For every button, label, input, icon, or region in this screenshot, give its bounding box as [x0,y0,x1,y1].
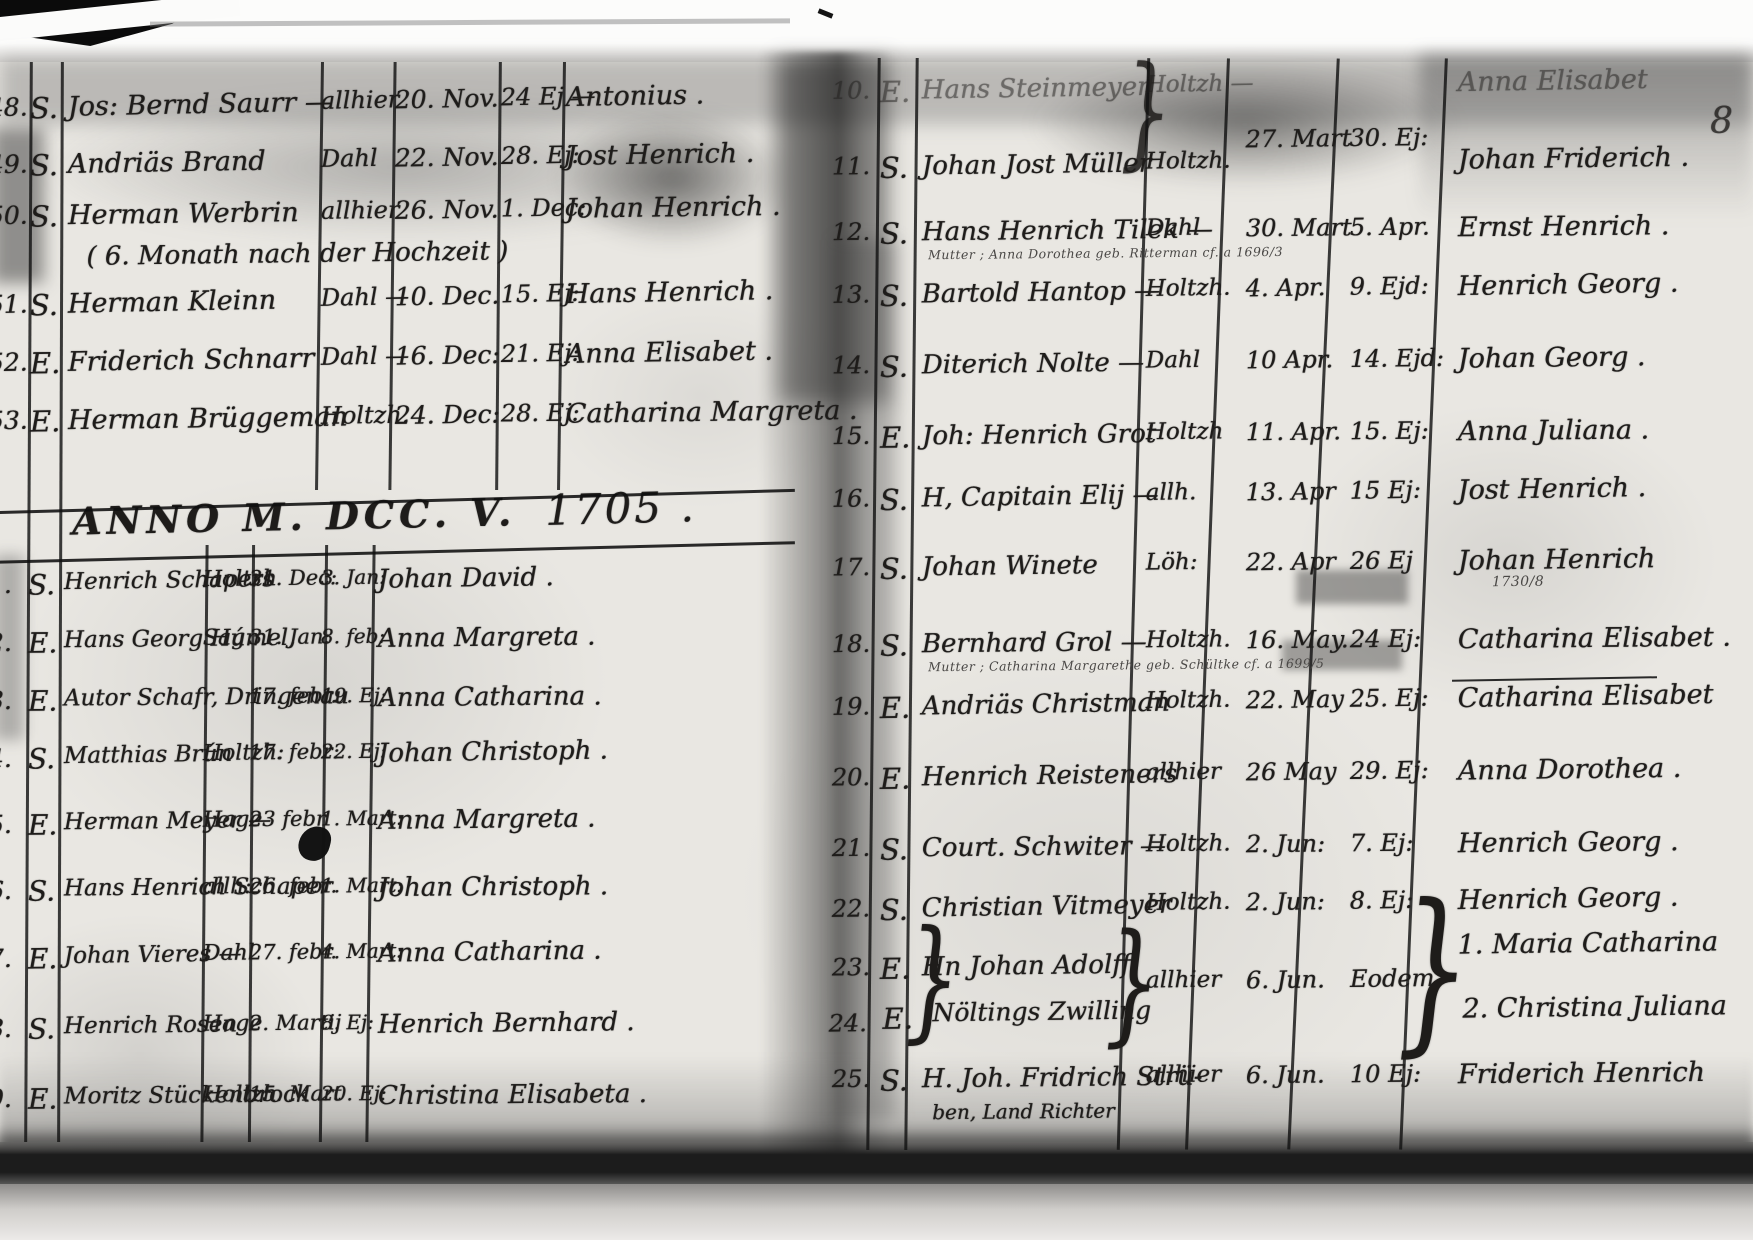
child-name: Catharina Elisabet . [1458,624,1731,654]
father-name: Diterich Nolte — [922,350,1144,379]
birth-date: 22. May [1245,687,1344,713]
residence: Holtzh — [1145,72,1253,97]
residence: Dahl [1146,217,1201,241]
curly-brace: } [1103,930,1160,1036]
entry-number: 17. [832,555,870,579]
baptism-date: 15. Ej: [1350,419,1429,444]
entry-type-letter: S. [880,154,908,183]
father-name-line2: ben, Land Richter [932,1100,1115,1122]
child-name: Henrich Georg . [1457,884,1678,914]
birth-date: 16. May. [1246,627,1349,652]
entry-number: 23. [832,955,870,979]
baptism-date: 7. Ej: [1350,831,1414,856]
child-name: Anna Juliana . [1458,416,1649,445]
entry-note: 1730/8 [1492,575,1544,590]
entry-note: Mutter ; Catharina Margarethe geb. Schül… [928,658,1325,674]
entry-type-letter: S. [880,835,908,864]
baptism-date: 5. Apr. [1350,215,1430,240]
entry-type-letter: E. [879,78,910,107]
baptism-date: 8. Ej: [321,1012,374,1033]
curly-brace: } [1395,898,1472,1041]
entry-number: 13. [831,282,870,307]
father-name: Court. Schwiter — [922,833,1166,861]
entry-number: 18. [832,632,870,656]
father-name: Bernhard Grol — [922,629,1147,657]
baptism-date: 26 Ej [1350,548,1413,573]
entry-type-letter: S. [879,486,908,515]
entry-number: 10. [831,78,870,103]
scanner-strip-top [0,0,1753,62]
baptism-date: 14. Ejd: [1350,346,1445,371]
birth-date: 6. Jun. [1246,967,1325,992]
entry-number: 14. [832,353,870,377]
birth-date: 6. Jun. [1246,1063,1325,1088]
child-name: Jost Henrich . [1457,474,1646,504]
birth-date: 4. Apr. [1245,275,1325,300]
residence: allhier [1146,1063,1221,1087]
father-name: Henrich Reisteners [922,761,1178,790]
entry-number: 21. [832,836,870,860]
entry-number: 22. [831,896,870,921]
child-name-line2: 2. Christina Juliana [1462,992,1727,1022]
father-name: Hans Steinmeyer [921,74,1149,104]
father-name: Andriäs Christman [921,690,1169,720]
baptism-date: 9. Ejd: [1349,274,1428,299]
top-streak [150,18,790,26]
father-name: Johan Winete [922,552,1098,580]
birth-date: 27. Mart [1245,126,1351,151]
birth-date: 22. Apr [1246,549,1336,574]
entry-number: 12. [832,220,870,244]
entry-number: 19. [831,694,870,719]
bottom-gray-strip [0,1184,1753,1240]
birth-date: 26 May [1246,759,1337,784]
baptism-date: 30. Ej: [1349,125,1428,150]
entry-type-letter: S. [880,555,908,584]
child-name: Henrich Bernhard . [378,1009,635,1038]
child-name: Johan Henrich [1458,545,1656,574]
baptism-date: 15 Ej: [1349,478,1421,503]
residence: Holtzh. [1146,832,1231,856]
entry-type-letter: E. [880,765,911,794]
curly-brace: } [903,926,960,1032]
entry-number: 16. [831,486,870,511]
residence: Holtzh [1146,420,1224,444]
entry-type-letter: S. [28,1015,55,1043]
child-name: Johan Georg . [1458,343,1646,372]
father-name: Bartold Hantop — [921,278,1160,308]
entry-number: 20. [832,765,870,789]
white-wedge [0,0,241,44]
entry-type-letter: S. [880,353,908,382]
torn-corner-mark [0,0,215,46]
birth-date: 2. Jun: [1245,889,1325,914]
birth-date: 10 Apr. [1246,347,1334,372]
entry-number: 24. [828,1011,866,1035]
entry-type-letter: E. [879,694,910,723]
birth-date: 13. Apr [1245,479,1335,504]
child-name: Catharina Elisabet [1457,681,1713,712]
residence: Holtzh. [1146,150,1231,174]
birth-date: 11. Apr. [1246,419,1341,444]
entry-note: Mutter ; Anna Dorothea geb. Ritterman cf… [928,246,1283,262]
birth-date: 30. Mart [1246,215,1352,240]
register-entry: 16.S.H, Capitain Elij —allh.13. Apr15 Ej… [0,472,1753,552]
residence: Holtzh. [1145,277,1230,301]
scanned-register-page: ANNO M. DCC. V. 1705 . 8 } 48.S.Jos: Ber… [0,0,1753,1240]
entry-type-letter: S. [880,1066,908,1095]
entry-type-letter: S. [880,219,908,248]
father-name: Joh: Henrich Grot [922,421,1157,449]
entry-number: 15. [832,424,870,448]
residence: allhier [1146,761,1221,785]
baptism-date: 25. Ej: [1349,686,1428,711]
child-name: Anna Dorothea . [1458,755,1682,785]
residence: Holtzh. [1145,689,1230,713]
top-tick-mark [818,8,834,18]
entry-type-letter: S. [879,282,908,311]
residence: allh. [1145,481,1196,505]
residence: Holtzh. [1146,628,1231,652]
residence: Löh: [1146,551,1198,575]
bottom-black-band [0,1142,1753,1184]
baptism-date: 24 Ej: [1350,627,1421,652]
entry-type-letter: E. [880,423,911,452]
child-name: Henrich Georg . [1457,270,1678,300]
entry-number: 8. [0,1016,12,1041]
entry-type-letter: S. [880,631,908,660]
baptism-date: 10 Ej: [1350,1062,1421,1087]
baptism-date: 29. Ej: [1350,758,1429,783]
residence: Dahl [1146,349,1201,373]
father-name: Johan Jost Müller [922,151,1152,180]
child-name: Ernst Henrich . [1458,212,1670,241]
child-name: Johan Friderich . [1458,144,1690,174]
child-name: Friderich Henrich [1458,1059,1705,1088]
child-name: Anna Elisabet [1457,66,1647,96]
birth-date: 2. Jun: [1246,832,1325,857]
entry-number: 25. [832,1067,870,1091]
entry-number: 11. [832,154,870,178]
child-name: Henrich Georg . [1458,828,1679,857]
father-name: H, Capitain Elij — [921,482,1158,512]
child-name: 1. Maria Catharina [1457,928,1718,958]
